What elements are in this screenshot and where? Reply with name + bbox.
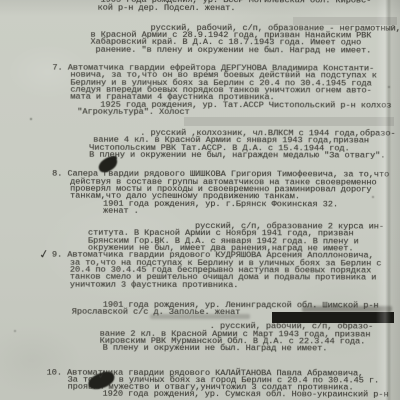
document-text: ранения.1905 года рождения, ур. БССР Мог… — [0, 0, 400, 399]
text-line: ранение. "в плену и окружении не был. На… — [95, 47, 400, 55]
text-line: 1920 года рождения, ур. Сумская обл. Нов… — [102, 391, 399, 399]
text-line: кой р-н дер. Подсел. женат. — [97, 4, 400, 12]
text-line: В плену и окружении не был, награжден ме… — [89, 152, 400, 160]
text-line: 1901 года рождения, ур. г.Брянск Фокинск… — [103, 200, 400, 208]
scanned-document-page: ранения.1905 года рождения, ур. БССР Мог… — [0, 0, 400, 400]
